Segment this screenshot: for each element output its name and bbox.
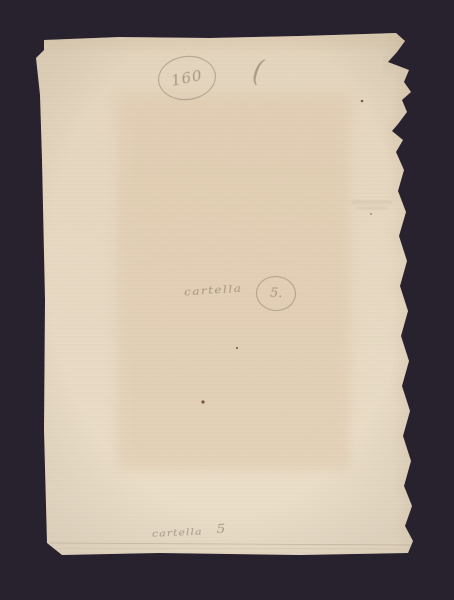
paper-speck bbox=[201, 400, 204, 403]
show-through-smudge bbox=[352, 198, 394, 214]
paper-speck bbox=[236, 347, 238, 349]
top-number-text: 160 bbox=[170, 66, 204, 90]
middle-number-text: 5. bbox=[270, 286, 283, 301]
paper-shading bbox=[30, 25, 425, 565]
bottom-word-text: cartella bbox=[152, 526, 203, 539]
bottom-number-text: 5 bbox=[216, 523, 227, 537]
paper-speck bbox=[361, 100, 364, 103]
photograph: 160 ( cartella 5. cartella5 bbox=[0, 0, 454, 600]
photo-canvas bbox=[0, 0, 454, 600]
